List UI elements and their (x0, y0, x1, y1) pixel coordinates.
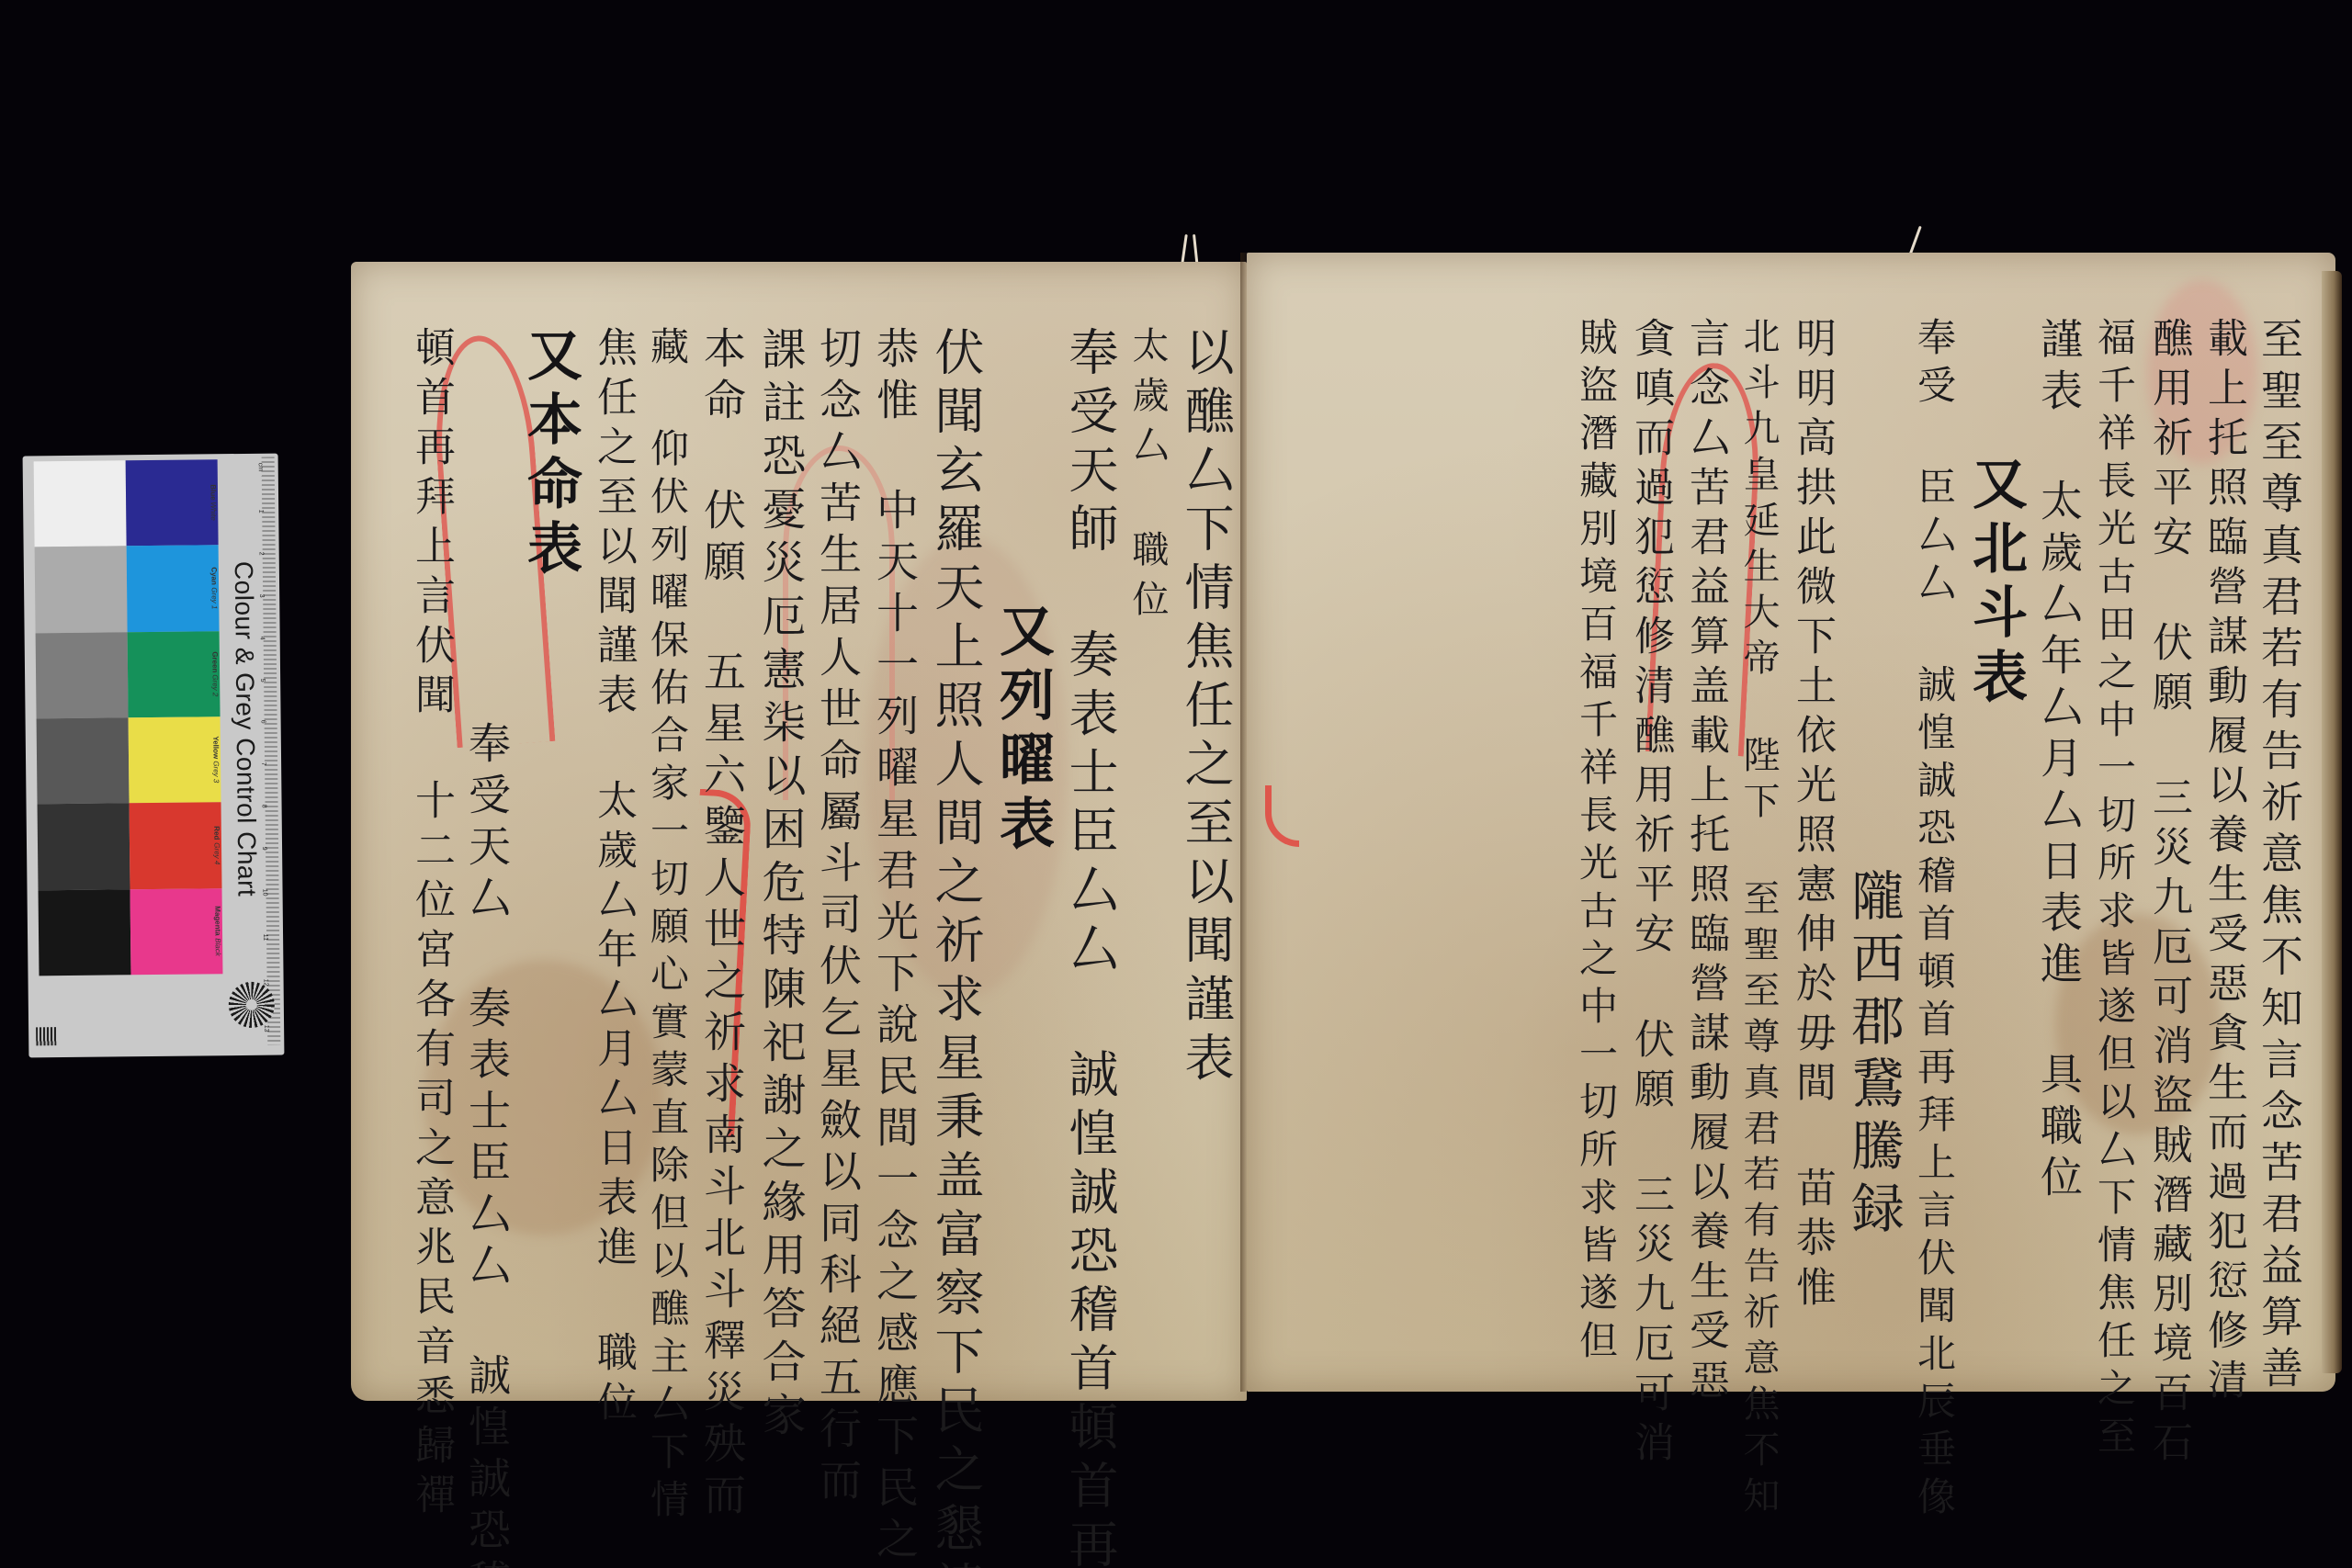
ruler-tick: 10 (257, 888, 268, 896)
text-column: 明明高拱此微下土依光照憲伸於毋間 苗恭惟 (1784, 317, 1839, 1355)
text-column: 謹表 太歲厶年厶月厶日表進 具職位 (2030, 317, 2087, 1355)
manuscript-book: 以醮厶下情焦任之至以聞謹表 太歲厶 職位 奉受天師 奏表士臣厶厶 誠惶誠恐稽首頓… (351, 234, 2352, 1410)
text-column: 伏聞玄羅天上照人間之祈求星秉盖富察下民之懇禱 (923, 326, 988, 1364)
text-column: 賊盜潛藏別境百福千祥長光古之中一切所求皆遂但 (1569, 317, 1623, 1355)
patch-black (39, 889, 131, 976)
colour-grey-control-chart: Blue White Cyan Grey 1 Green Grey 2 Yell… (23, 454, 285, 1058)
section-title: 又列曜表 (988, 326, 1057, 1364)
section-title: 又北斗表 (1961, 317, 2030, 1355)
patch-white (34, 460, 127, 547)
text-column: 恭惟 中天十一列曜星君光下說民間一念之感應下民之禱 (866, 326, 923, 1364)
ruler-tick: 3 (254, 594, 265, 598)
ruler-unit: cm (253, 463, 264, 471)
text-column: 頓首再拜上言伏聞 十二位宮各有司之意兆民音悉歸禪 (403, 326, 458, 1364)
patch-grey-3 (37, 717, 130, 804)
text-column: 醮用祈平安 伏願 三災九厄可消盜賊潛藏別境百石 (2141, 317, 2196, 1355)
barcode-icon (36, 1027, 56, 1045)
right-page: 至聖至尊真君若有告祈意焦不知言念苦君益算善 載上托照臨營謀動履以養生受惡貪生而過… (1247, 253, 2335, 1392)
left-page-columns: 以醮厶下情焦任之至以聞謹表 太歲厶 職位 奉受天師 奏表士臣厶厶 誠惶誠恐稽首頓… (369, 326, 1238, 1364)
text-column: 焦任之至以聞謹表 太歲厶年厶月厶日表進 職位 (585, 326, 640, 1364)
text-column: 載上托照臨營謀動履以養生受惡貪生而過犯愆修清 (2196, 317, 2251, 1355)
ruler-tick: 7 (255, 762, 266, 766)
text-column: 言念厶苦君益算盖載上托照臨營謀動履以養生受惡 (1678, 317, 1733, 1355)
patch-grey-4 (38, 804, 130, 890)
ruler-tick: 4 (254, 636, 266, 639)
ruler-tick: 9 (256, 846, 267, 850)
text-column: 奉受天師 奏表士臣厶厶 誠惶誠恐稽首頓首再拜上言 (1057, 326, 1122, 1364)
text-column: 太歲厶 職位 (1122, 326, 1173, 1364)
ruler-tick: 2 (254, 552, 265, 556)
ruler-tick: 8 (256, 805, 267, 808)
ruler-tick: 5 (254, 678, 266, 682)
page-stack-edge (2322, 271, 2342, 1373)
text-column: 貪嗔而過犯愆修清醮用祈平安 伏願 三災九厄可消 (1623, 317, 1678, 1355)
text-column: 切念厶苦生居人世命屬斗司伏乞星斂以同科絕五行而 (809, 326, 866, 1364)
text-column: 奉受 臣厶厶 誠惶誠恐稽首頓首再拜上言伏聞北辰垂像 (1907, 317, 1961, 1355)
text-column: 本命 伏願 五星六鑒人世之祈求南斗北斗釋災殃而 (694, 326, 751, 1364)
text-column: 藏 仰伏列曜保佑合家一切願心實蒙直除但以醮主厶下情 (640, 326, 694, 1364)
ruler-tick: 6 (255, 720, 266, 724)
text-column: 隴西郡鵞騰録 (1839, 317, 1907, 1355)
text-column: 以醮厶下情焦任之至以聞謹表 (1173, 326, 1238, 1364)
text-column: 奉受天厶 奏表士臣厶厶 誠惶誠恐稽首 (458, 326, 515, 1364)
ruler-tick: 1 (253, 510, 264, 513)
starburst-focus-icon (229, 982, 276, 1029)
left-page: 以醮厶下情焦任之至以聞謹表 太歲厶 職位 奉受天師 奏表士臣厶厶 誠惶誠恐稽首頓… (351, 262, 1247, 1401)
text-column: 北斗九皇延生大帝 陛下 至聖至尊真君若有告祈意焦不知 (1733, 317, 1784, 1355)
text-column: 福千祥長光古田之中一切所求皆遂但以厶下情焦任之至 (2087, 317, 2141, 1355)
section-title: 又本命表 (515, 326, 585, 1364)
right-page-columns: 至聖至尊真君若有告祈意焦不知言念苦君益算善 載上托照臨營謀動履以養生受惡貪生而過… (1256, 317, 2308, 1355)
colour-patch-grid (34, 459, 223, 976)
text-column: 至聖至尊真君若有告祈意焦不知言念苦君益算善 (2251, 317, 2308, 1355)
ruler-tick: 11 (257, 934, 268, 941)
patch-grey-2 (36, 632, 129, 718)
patch-grey-1 (35, 547, 128, 633)
text-column: 課註恐憂災厄憲柒以困危特陳祀謝之緣用答合家 (751, 326, 809, 1364)
